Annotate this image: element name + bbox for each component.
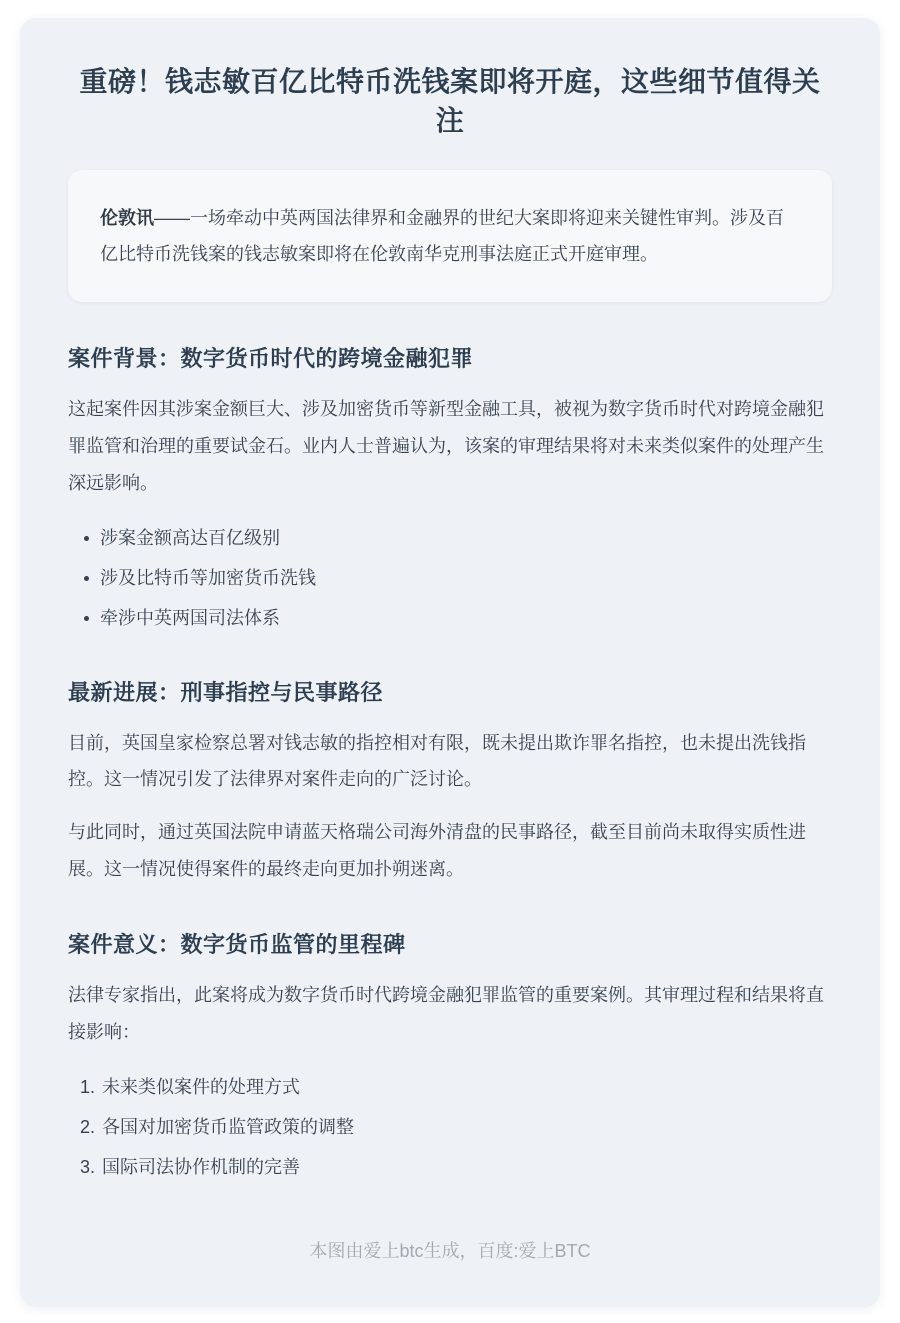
list-item: 涉及比特币等加密货币洗钱 [82,562,832,595]
section-heading-progress: 最新进展：刑事指控与民事路径 [68,678,832,709]
lead-dateline: 伦敦讯 [100,208,154,228]
lead-paragraph: 伦敦讯——一场牵动中英两国法律界和金融界的世纪大案即将迎来关键性审判。涉及百亿比… [100,200,800,272]
paragraph: 目前，英国皇家检察总署对钱志敏的指控相对有限，既未提出欺诈罪名指控，也未提出洗钱… [68,725,832,799]
lead-text: ——一场牵动中英两国法律界和金融界的世纪大案即将迎来关键性审判。涉及百亿比特币洗… [100,208,784,264]
section-case-background: 案件背景：数字货币时代的跨境金融犯罪 这起案件因其涉案金额巨大、涉及加密货币等新… [68,344,832,635]
numbered-list: 未来类似案件的处理方式 各国对加密货币监管政策的调整 国际司法协作机制的完善 [68,1071,832,1185]
section-heading-significance: 案件意义：数字货币监管的里程碑 [68,930,832,961]
page-title: 重磅！钱志敏百亿比特币洗钱案即将开庭，这些细节值得关注 [68,62,832,140]
section-heading-background: 案件背景：数字货币时代的跨境金融犯罪 [68,344,832,375]
article-card: 重磅！钱志敏百亿比特币洗钱案即将开庭，这些细节值得关注 伦敦讯——一场牵动中英两… [20,18,880,1307]
list-item: 牵涉中英两国司法体系 [82,602,832,635]
paragraph: 法律专家指出，此案将成为数字货币时代跨境金融犯罪监管的重要案例。其审理过程和结果… [68,977,832,1051]
list-item: 涉案金额高达百亿级别 [82,522,832,555]
section-latest-progress: 最新进展：刑事指控与民事路径 目前，英国皇家检察总署对钱志敏的指控相对有限，既未… [68,678,832,888]
paragraph: 这起案件因其涉案金额巨大、涉及加密货币等新型金融工具，被视为数字货币时代对跨境金… [68,391,832,502]
footer-credit: 本图由爱上btc生成，百度:爱上BTC [68,1237,832,1263]
list-item: 未来类似案件的处理方式 [100,1071,832,1104]
section-case-significance: 案件意义：数字货币监管的里程碑 法律专家指出，此案将成为数字货币时代跨境金融犯罪… [68,930,832,1184]
list-item: 各国对加密货币监管政策的调整 [100,1111,832,1144]
list-item: 国际司法协作机制的完善 [100,1151,832,1184]
bullet-list: 涉案金额高达百亿级别 涉及比特币等加密货币洗钱 牵涉中英两国司法体系 [68,522,832,636]
paragraph: 与此同时，通过英国法院申请蓝天格瑞公司海外清盘的民事路径，截至目前尚未取得实质性… [68,814,832,888]
lead-box: 伦敦讯——一场牵动中英两国法律界和金融界的世纪大案即将迎来关键性审判。涉及百亿比… [68,170,832,302]
